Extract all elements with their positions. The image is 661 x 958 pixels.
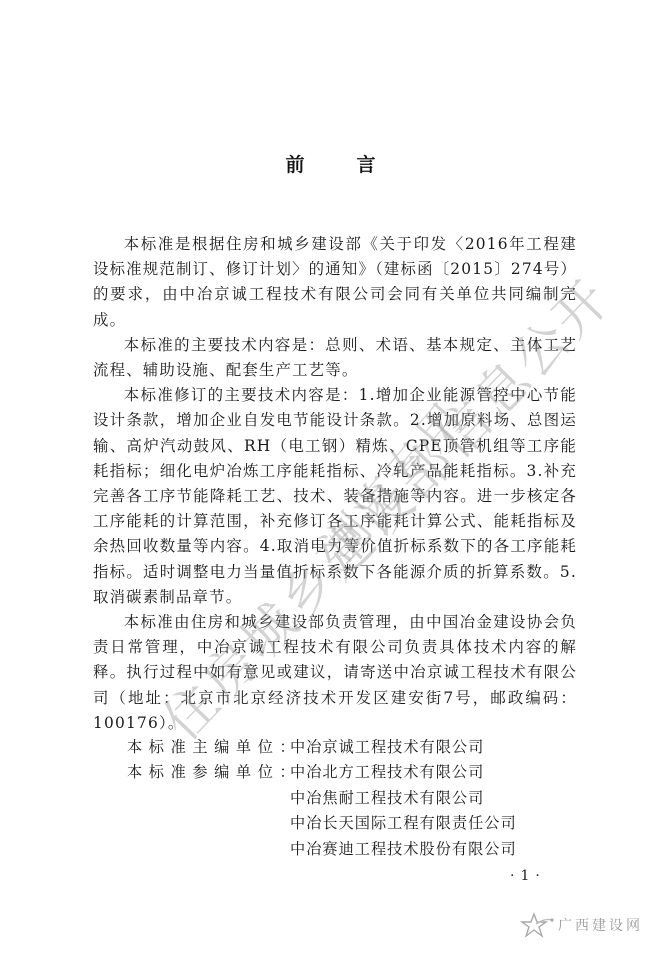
paragraph-main-content: 本标准的主要技术内容是：总则、术语、基本规定、主体工艺流程、辅助设施、配套生产工…	[93, 333, 577, 383]
participating-unit: — 中冶赛迪工程技术股份有限公司	[127, 837, 517, 862]
paragraph-basis: 本标准是根据住房和城乡建设部《关于印发〈2016年工程建设标准规范制订、修订计划…	[93, 232, 577, 333]
page-title: 前言	[0, 150, 661, 177]
unit-value: 中冶焦耐工程技术有限公司	[290, 786, 484, 811]
preface-body: 本标准是根据住房和城乡建设部《关于印发〈2016年工程建设标准规范制订、修订计划…	[93, 232, 577, 736]
star-swoosh-icon	[520, 912, 554, 938]
unit-value: 中冶京诚工程技术有限公司	[290, 735, 484, 760]
chief-editor-unit: 本标准主编单位： 中冶京诚工程技术有限公司	[127, 735, 517, 760]
unit-value: 中冶长天国际工程有限责任公司	[290, 811, 517, 836]
editing-units: 本标准主编单位： 中冶京诚工程技术有限公司 本标准参编单位： 中冶北方工程技术有…	[127, 735, 517, 862]
unit-value: 中冶北方工程技术有限公司	[290, 760, 484, 785]
unit-label: 本标准参编单位：	[127, 760, 290, 785]
paragraph-management: 本标准由住房和城乡建设部负责管理，由中国冶金建设协会负责日常管理，中冶京诚工程技…	[93, 610, 577, 736]
site-logo: 广西建设网	[520, 912, 643, 938]
paragraph-revisions: 本标准修订的主要技术内容是：1.增加企业能源管控中心节能设计条款，增加企业自发电…	[93, 383, 577, 610]
participating-unit: 本标准参编单位： 中冶北方工程技术有限公司	[127, 760, 517, 785]
document-page: 前言 本标准是根据住房和城乡建设部《关于印发〈2016年工程建设标准规范制订、修…	[0, 0, 661, 958]
page-number: ·1·	[510, 868, 546, 884]
participating-unit: — 中冶长天国际工程有限责任公司	[127, 811, 517, 836]
participating-unit: — 中冶焦耐工程技术有限公司	[127, 786, 517, 811]
logo-name: 广西建设网	[558, 915, 643, 935]
unit-value: 中冶赛迪工程技术股份有限公司	[290, 837, 517, 862]
unit-label: 本标准主编单位：	[127, 735, 290, 760]
